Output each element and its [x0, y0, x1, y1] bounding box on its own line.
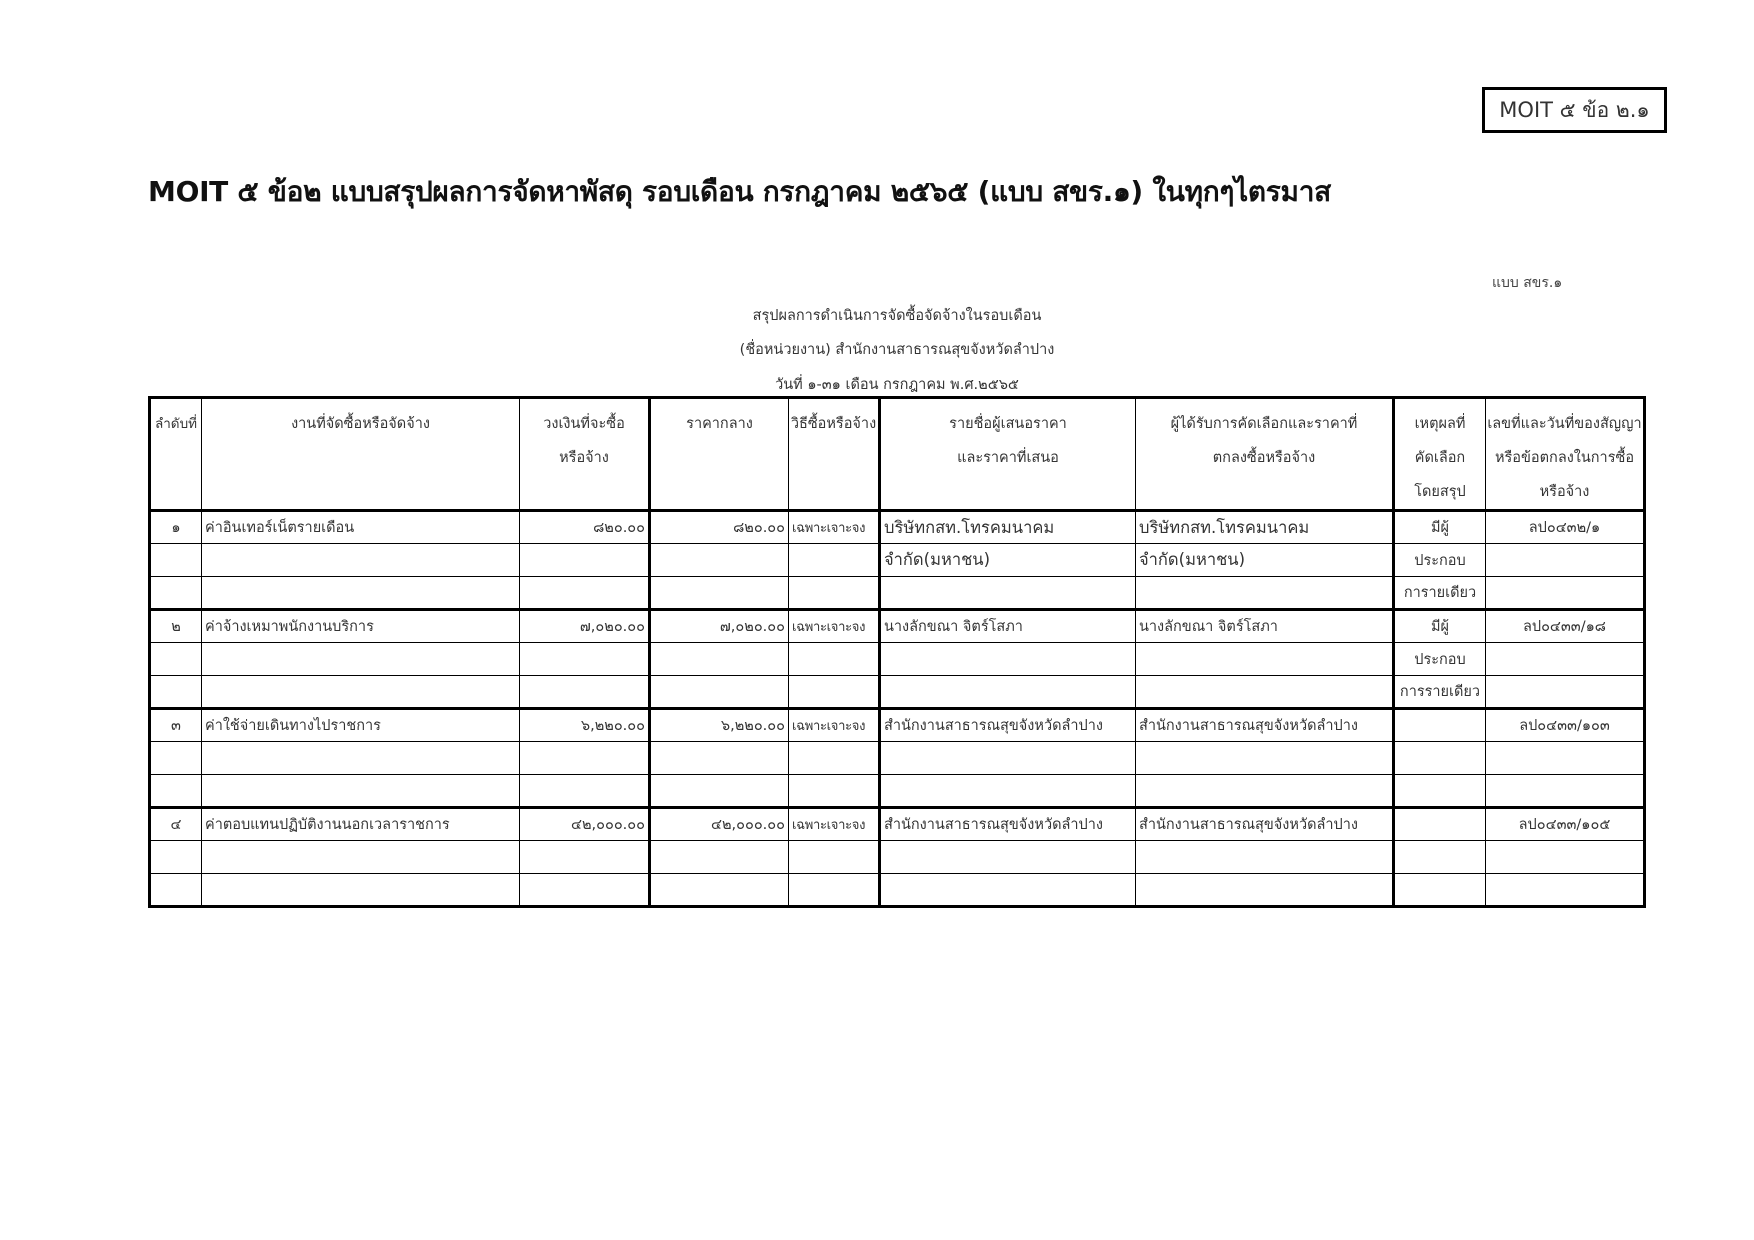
cell-bidder: [880, 775, 1136, 808]
cell-reason: ประกอบ: [1394, 643, 1486, 676]
subtitle-period: วันที่ ๑-๓๑ เดือน กรกฎาคม พ.ศ.๒๕๖๕: [0, 373, 1754, 396]
reference-box: MOIT ๕ ข้อ ๒.๑: [1482, 87, 1667, 133]
cell-reason: การายเดียว: [1394, 577, 1486, 610]
cell-selected: [1136, 775, 1394, 808]
cell-no: ๒: [150, 610, 202, 643]
subtitle-summary: สรุปผลการดำเนินการจัดซื้อจัดจ้างในรอบเดื…: [0, 304, 1754, 327]
cell-selected: นางลักขณา จิตร์โสภา: [1136, 610, 1394, 643]
cell-no: [150, 643, 202, 676]
cell-budget: ๔๒,๐๐๐.๐๐: [520, 808, 650, 841]
form-code: แบบ สขร.๑: [1492, 272, 1562, 294]
cell-median-price: [650, 577, 789, 610]
cell-budget: [520, 742, 650, 775]
header-budget: วงเงินที่จะซื้อหรือจ้าง: [520, 398, 650, 511]
cell-contract: ลป๐๔๓๓/๑๐๕: [1486, 808, 1645, 841]
cell-bidder: สำนักงานสาธารณสุขจังหวัดลำปาง: [880, 808, 1136, 841]
cell-contract: ลป๐๔๓๓/๑๐๓: [1486, 709, 1645, 742]
cell-bidder: [880, 742, 1136, 775]
cell-method: [789, 544, 880, 577]
cell-contract: [1486, 874, 1645, 907]
cell-selected: [1136, 841, 1394, 874]
cell-selected: บริษัทกสท.โทรคมนาคม: [1136, 511, 1394, 544]
cell-budget: [520, 841, 650, 874]
table-row: [150, 874, 1645, 907]
cell-bidder: [880, 676, 1136, 709]
cell-contract: [1486, 676, 1645, 709]
cell-reason: [1394, 841, 1486, 874]
cell-no: [150, 775, 202, 808]
cell-item: ค่าใช้จ่ายเดินทางไปราชการ: [202, 709, 520, 742]
cell-budget: [520, 577, 650, 610]
header-bidders: รายชื่อผู้เสนอราคาและราคาที่เสนอ: [880, 398, 1136, 511]
cell-budget: ๖,๒๒๐.๐๐: [520, 709, 650, 742]
cell-budget: [520, 544, 650, 577]
cell-bidder: [880, 577, 1136, 610]
cell-item: [202, 544, 520, 577]
cell-reason: [1394, 775, 1486, 808]
cell-contract: ลป๐๔๓๓/๑๘: [1486, 610, 1645, 643]
cell-selected: [1136, 676, 1394, 709]
cell-median-price: ๗,๐๒๐.๐๐: [650, 610, 789, 643]
header-median-price: ราคากลาง: [650, 398, 789, 511]
cell-selected: จำกัด(มหาชน): [1136, 544, 1394, 577]
cell-item: [202, 775, 520, 808]
cell-method: [789, 775, 880, 808]
cell-median-price: [650, 742, 789, 775]
cell-contract: ลป๐๔๓๒/๑: [1486, 511, 1645, 544]
header-reason: เหตุผลที่คัดเลือกโดยสรุป: [1394, 398, 1486, 511]
cell-contract: [1486, 841, 1645, 874]
cell-median-price: [650, 676, 789, 709]
table-row: [150, 742, 1645, 775]
cell-method: เฉพาะเจาะจง: [789, 511, 880, 544]
cell-median-price: ๖,๒๒๐.๐๐: [650, 709, 789, 742]
cell-contract: [1486, 775, 1645, 808]
cell-median-price: [650, 544, 789, 577]
header-item: งานที่จัดซื้อหรือจัดจ้าง: [202, 398, 520, 511]
cell-bidder: นางลักขณา จิตร์โสภา: [880, 610, 1136, 643]
cell-median-price: [650, 643, 789, 676]
cell-no: ๓: [150, 709, 202, 742]
cell-method: [789, 841, 880, 874]
cell-reason: มีผู้: [1394, 511, 1486, 544]
page-title: MOIT ๕ ข้อ๒ แบบสรุปผลการจัดหาพัสดุ รอบเด…: [148, 170, 1331, 214]
table-row: ๒ค่าจ้างเหมาพนักงานบริการ๗,๐๒๐.๐๐๗,๐๒๐.๐…: [150, 610, 1645, 643]
header-contract: เลขที่และวันที่ของสัญญาหรือข้อตกลงในการซ…: [1486, 398, 1645, 511]
cell-no: [150, 742, 202, 775]
cell-selected: [1136, 742, 1394, 775]
cell-contract: [1486, 742, 1645, 775]
cell-method: เฉพาะเจาะจง: [789, 709, 880, 742]
cell-median-price: [650, 775, 789, 808]
cell-method: [789, 643, 880, 676]
cell-bidder: จำกัด(มหาชน): [880, 544, 1136, 577]
cell-item: ค่าตอบแทนปฏิบัติงานนอกเวลาราชการ: [202, 808, 520, 841]
cell-item: [202, 874, 520, 907]
cell-item: [202, 577, 520, 610]
cell-budget: [520, 874, 650, 907]
cell-contract: [1486, 544, 1645, 577]
cell-no: ๔: [150, 808, 202, 841]
table-row: ๓ค่าใช้จ่ายเดินทางไปราชการ๖,๒๒๐.๐๐๖,๒๒๐.…: [150, 709, 1645, 742]
table-row: การายเดียว: [150, 577, 1645, 610]
cell-bidder: สำนักงานสาธารณสุขจังหวัดลำปาง: [880, 709, 1136, 742]
cell-no: [150, 577, 202, 610]
cell-selected: สำนักงานสาธารณสุขจังหวัดลำปาง: [1136, 808, 1394, 841]
header-no: ลำดับที่: [150, 398, 202, 511]
cell-selected: สำนักงานสาธารณสุขจังหวัดลำปาง: [1136, 709, 1394, 742]
table-row: ประกอบ: [150, 643, 1645, 676]
cell-reason: [1394, 709, 1486, 742]
cell-item: [202, 643, 520, 676]
cell-method: [789, 577, 880, 610]
table-row: [150, 775, 1645, 808]
subtitle-agency: (ชื่อหน่วยงาน) สำนักงานสาธารณสุขจังหวัดล…: [0, 338, 1754, 361]
cell-bidder: [880, 841, 1136, 874]
procurement-table: ลำดับที่ งานที่จัดซื้อหรือจัดจ้าง วงเงิน…: [148, 396, 1646, 908]
cell-item: [202, 841, 520, 874]
cell-reason: ประกอบ: [1394, 544, 1486, 577]
cell-no: [150, 874, 202, 907]
cell-budget: ๗,๐๒๐.๐๐: [520, 610, 650, 643]
cell-reason: การรายเดียว: [1394, 676, 1486, 709]
cell-median-price: ๘๒๐.๐๐: [650, 511, 789, 544]
header-method: วิธีซื้อหรือจ้าง: [789, 398, 880, 511]
cell-reason: [1394, 808, 1486, 841]
cell-no: [150, 544, 202, 577]
cell-method: เฉพาะเจาะจง: [789, 808, 880, 841]
cell-median-price: [650, 841, 789, 874]
table-row: [150, 841, 1645, 874]
cell-bidder: [880, 643, 1136, 676]
cell-method: [789, 874, 880, 907]
cell-bidder: [880, 874, 1136, 907]
table-row: ๔ค่าตอบแทนปฏิบัติงานนอกเวลาราชการ๔๒,๐๐๐.…: [150, 808, 1645, 841]
cell-budget: [520, 775, 650, 808]
cell-selected: [1136, 643, 1394, 676]
cell-method: เฉพาะเจาะจง: [789, 610, 880, 643]
cell-budget: [520, 676, 650, 709]
cell-contract: [1486, 577, 1645, 610]
cell-reason: [1394, 742, 1486, 775]
table-row: การรายเดียว: [150, 676, 1645, 709]
cell-budget: ๘๒๐.๐๐: [520, 511, 650, 544]
cell-selected: [1136, 874, 1394, 907]
cell-item: [202, 676, 520, 709]
cell-method: [789, 742, 880, 775]
cell-no: ๑: [150, 511, 202, 544]
table-row: จำกัด(มหาชน)จำกัด(มหาชน)ประกอบ: [150, 544, 1645, 577]
cell-method: [789, 676, 880, 709]
cell-bidder: บริษัทกสท.โทรคมนาคม: [880, 511, 1136, 544]
cell-contract: [1486, 643, 1645, 676]
table-header-row: ลำดับที่ งานที่จัดซื้อหรือจัดจ้าง วงเงิน…: [150, 398, 1645, 511]
cell-item: ค่าจ้างเหมาพนักงานบริการ: [202, 610, 520, 643]
cell-no: [150, 841, 202, 874]
cell-item: [202, 742, 520, 775]
cell-reason: [1394, 874, 1486, 907]
cell-median-price: ๔๒,๐๐๐.๐๐: [650, 808, 789, 841]
cell-median-price: [650, 874, 789, 907]
cell-reason: มีผู้: [1394, 610, 1486, 643]
cell-no: [150, 676, 202, 709]
cell-item: ค่าอินเทอร์เน็ตรายเดือน: [202, 511, 520, 544]
cell-budget: [520, 643, 650, 676]
table-row: ๑ค่าอินเทอร์เน็ตรายเดือน๘๒๐.๐๐๘๒๐.๐๐เฉพา…: [150, 511, 1645, 544]
header-selected: ผู้ได้รับการคัดเลือกและราคาที่ตกลงซื้อหร…: [1136, 398, 1394, 511]
cell-selected: [1136, 577, 1394, 610]
